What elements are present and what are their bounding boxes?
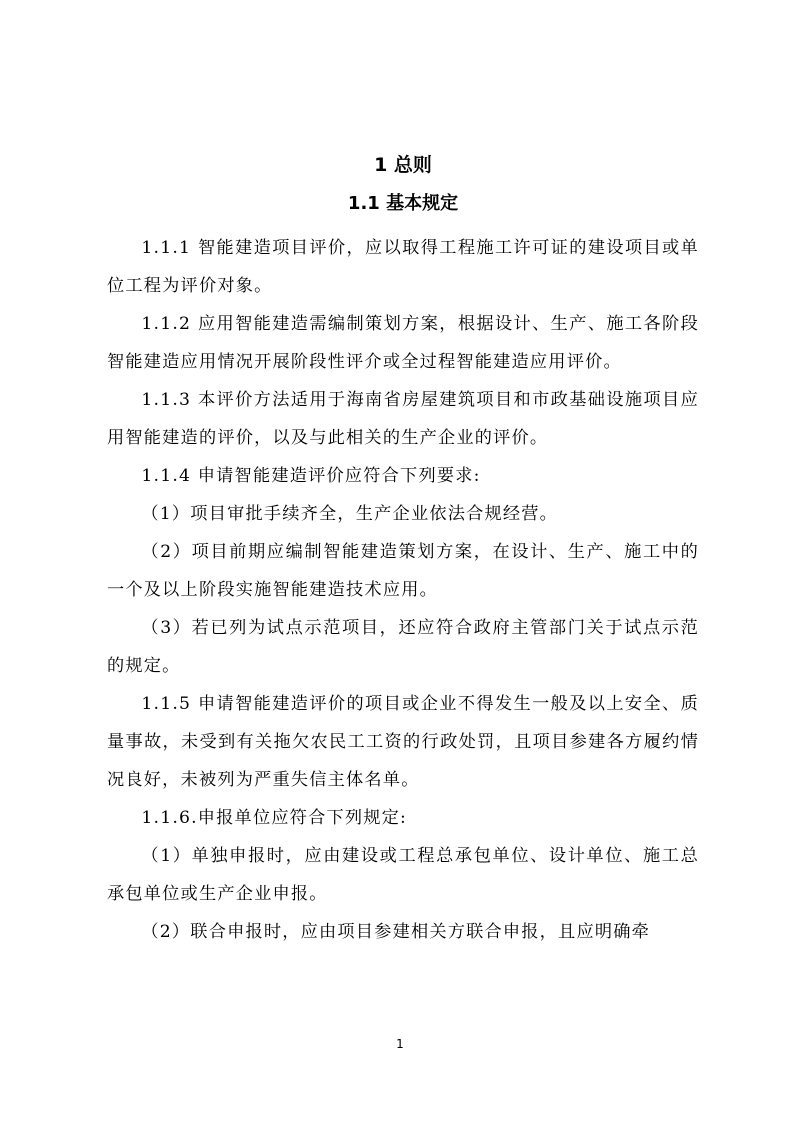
document-body: 1.1.1 智能建造项目评价，应以取得工程施工许可证的建设项目或单位工程为评价对… — [107, 229, 699, 951]
list-item-1-1-6-2: （2）联合申报时，应由项目参建相关方联合申报，且应明确牵 — [107, 913, 699, 951]
paragraph-1-1-5: 1.1.5 申请智能建造评价的项目或企业不得发生一般及以上安全、质量事故，未受到… — [107, 685, 699, 799]
paragraph-1-1-3: 1.1.3 本评价方法适用于海南省房屋建筑项目和市政基础设施项目应用智能建造的评… — [107, 381, 699, 457]
paragraph-1-1-6: 1.1.6.申报单位应符合下列规定: — [107, 799, 699, 837]
list-item-1-1-4-1: （1）项目审批手续齐全，生产企业依法合规经营。 — [107, 495, 699, 533]
page-number: 1 — [0, 1037, 800, 1051]
paragraph-1-1-2: 1.1.2 应用智能建造需编制策划方案，根据设计、生产、施工各阶段智能建造应用情… — [107, 305, 699, 381]
chapter-title: 1 总则 — [107, 152, 699, 178]
list-item-1-1-6-1: （1）单独申报时，应由建设或工程总承包单位、设计单位、施工总承包单位或生产企业申… — [107, 837, 699, 913]
paragraph-1-1-1: 1.1.1 智能建造项目评价，应以取得工程施工许可证的建设项目或单位工程为评价对… — [107, 229, 699, 305]
list-item-1-1-4-2: （2）项目前期应编制智能建造策划方案，在设计、生产、施工中的一个及以上阶段实施智… — [107, 533, 699, 609]
paragraph-1-1-4: 1.1.4 申请智能建造评价应符合下列要求: — [107, 457, 699, 495]
list-item-1-1-4-3: （3）若已列为试点示范项目，还应符合政府主管部门关于试点示范的规定。 — [107, 609, 699, 685]
section-title: 1.1 基本规定 — [107, 191, 699, 217]
